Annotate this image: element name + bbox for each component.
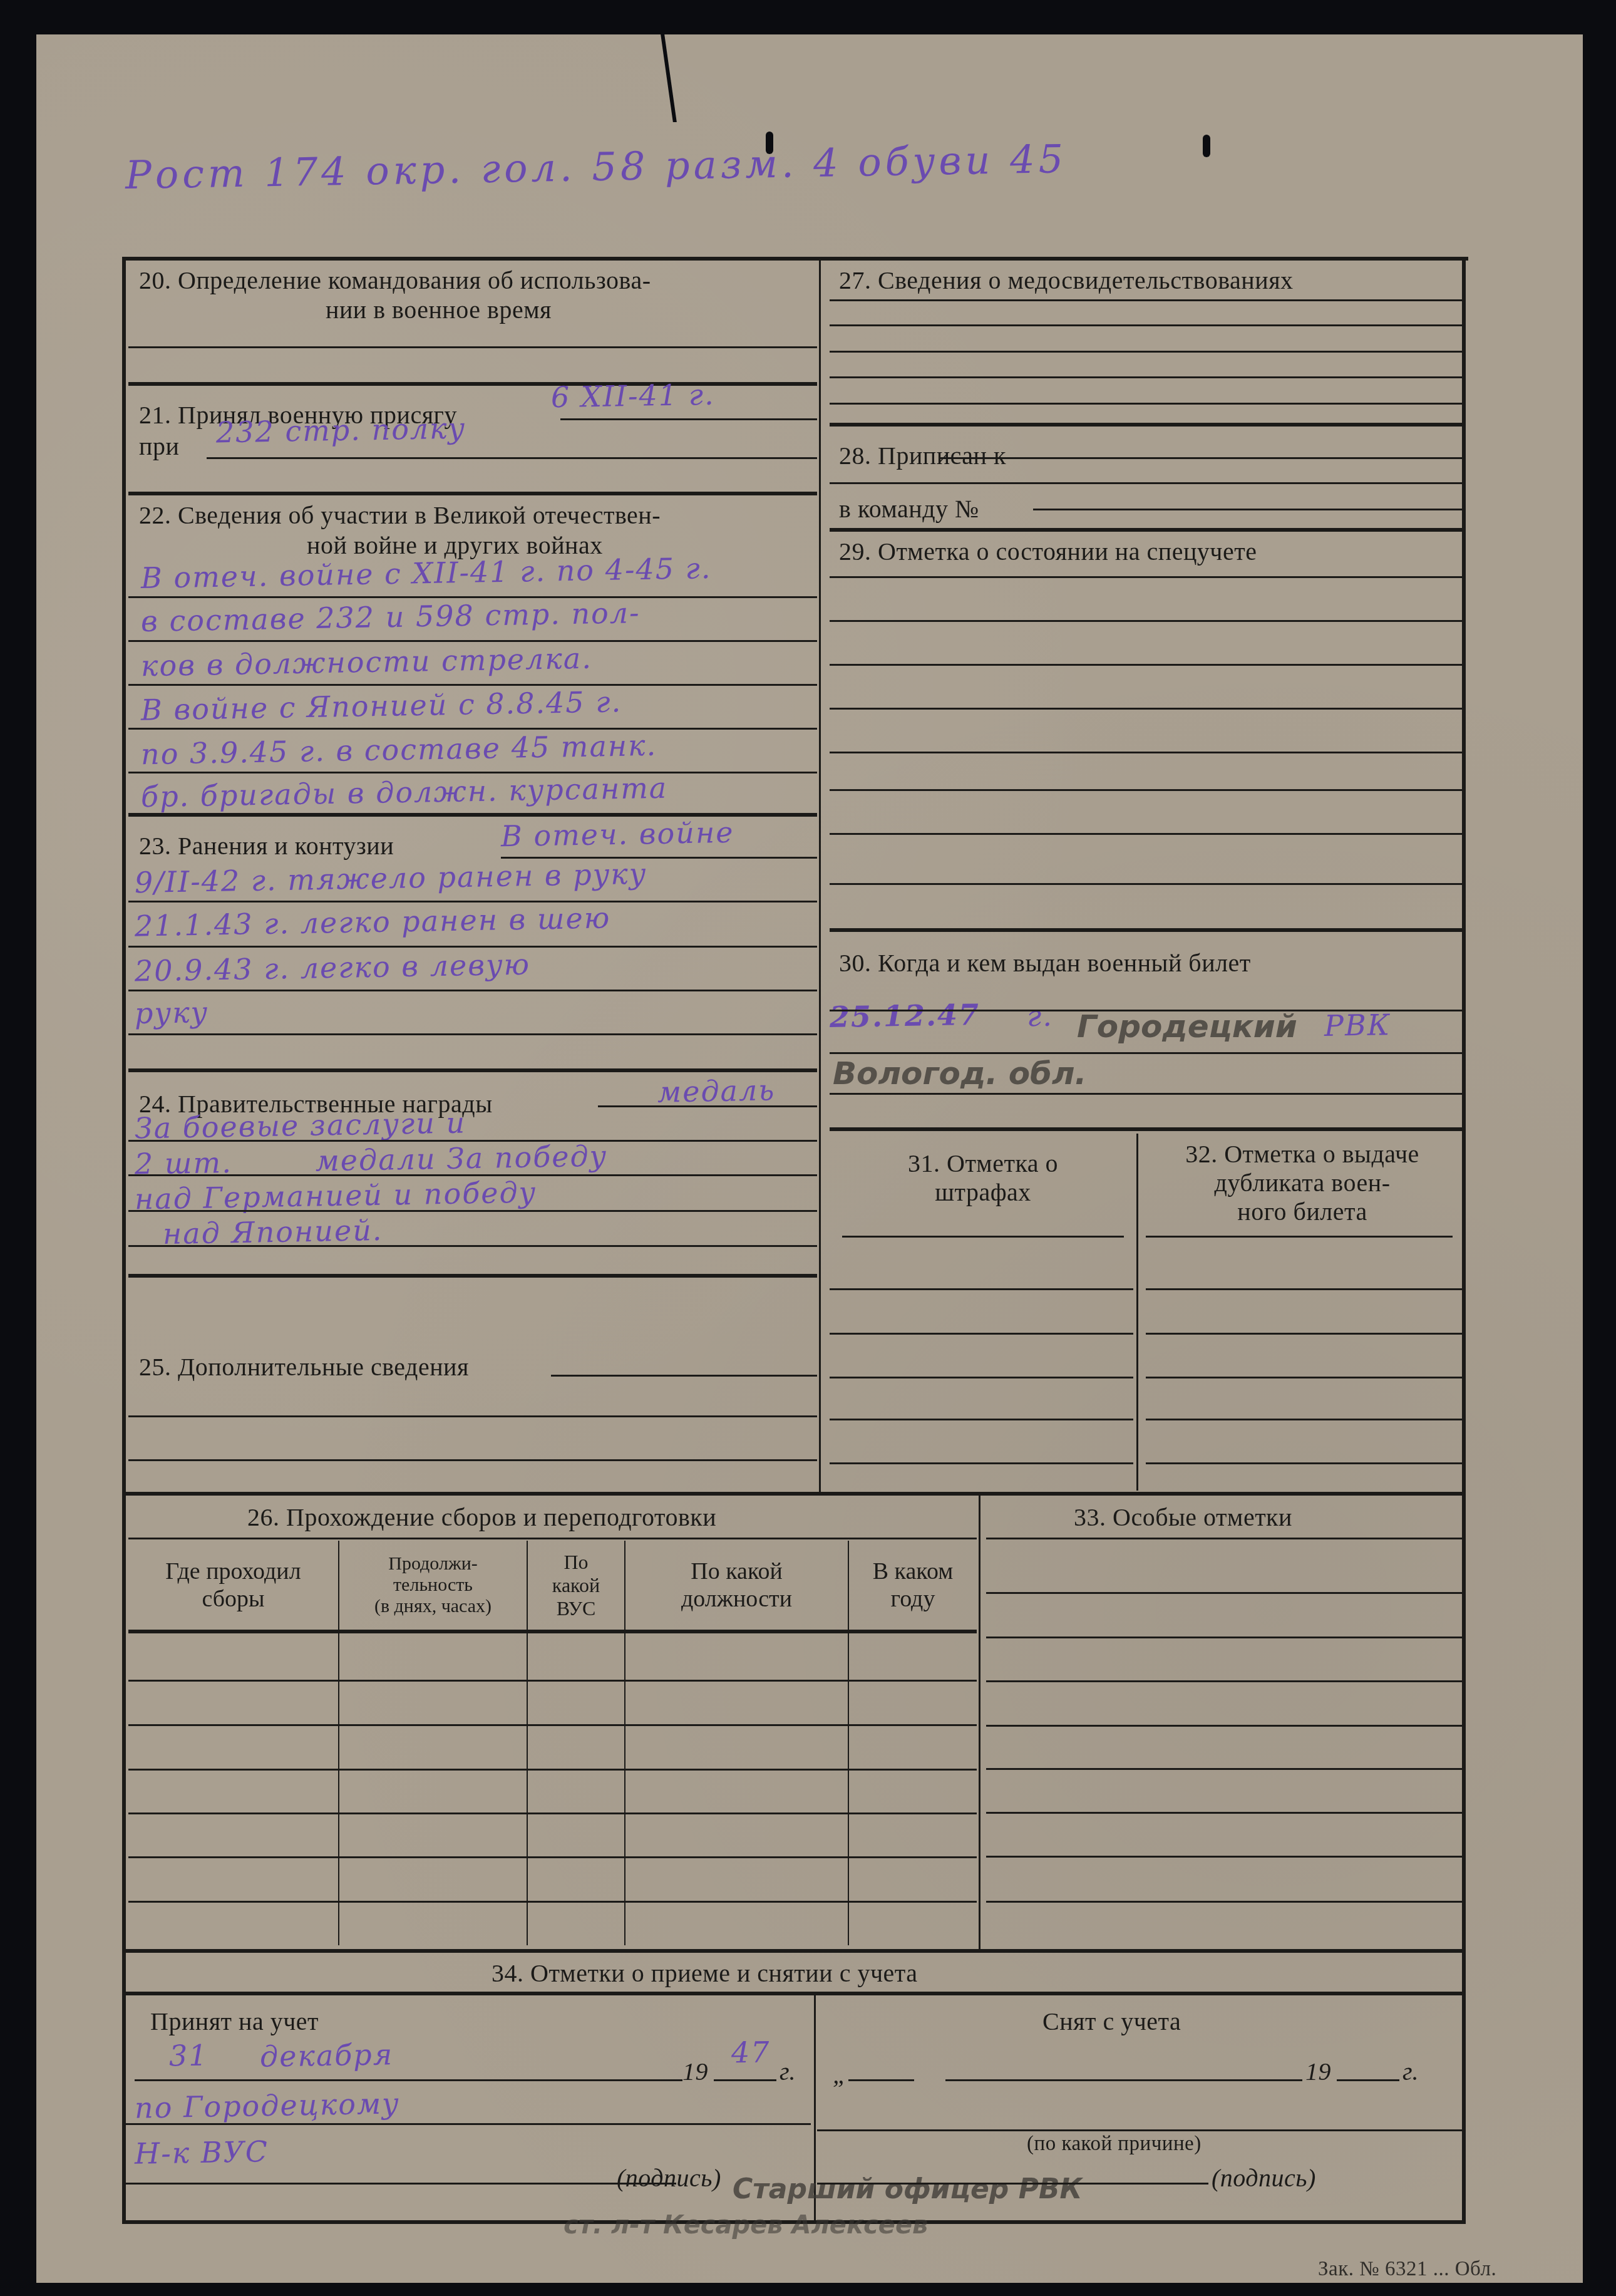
s34-accepted-year-line[interactable] [714,2079,776,2081]
table-cell[interactable] [848,1813,977,1857]
table-row [128,1813,977,1857]
s23-line-4: 20.9.43 г. легко в левую [135,947,531,988]
s21-date-line[interactable] [560,418,817,420]
table-cell[interactable] [625,1725,848,1769]
s25-line[interactable] [551,1375,817,1377]
s34-accepted-year-prefix: 19 [682,2057,708,2086]
table-cell[interactable] [527,1680,625,1725]
s32-rule [1146,1236,1453,1238]
s23-rule [128,901,817,902]
s26-table: Где проходил сборы Продолжи- тельность (… [128,1541,977,1945]
s26-col-vus: По какой ВУС [527,1541,625,1632]
s26-title-rule [128,1538,977,1539]
s27-title: 27. Сведения о медосвидетельствованиях [839,266,1294,295]
s30-stamp-issuer: Городецкий [1077,1008,1297,1045]
s32-rule [1146,1333,1462,1335]
table-cell[interactable] [527,1725,625,1769]
s23-line-5: руку [135,995,209,1030]
s26-title: 26. Прохождение сборов и переподготовки [247,1503,716,1532]
table-cell[interactable] [128,1769,339,1813]
s26-col-duration-l2: тельность [340,1575,526,1596]
s34-title: 34. Отметки о приеме и снятии с учета [491,1959,918,1988]
s26-col-duration-l1: Продолжи- [340,1553,526,1575]
table-cell[interactable] [339,1857,527,1901]
s24-rule [128,1210,817,1212]
s30-hw-g: г. [1027,999,1054,1033]
print-footer: Зак. № 6321 ... Обл. [1318,2258,1496,2282]
s24-divider [128,1274,817,1278]
s33-rule [986,1856,1462,1858]
s26-col-vus-l1: По [528,1551,624,1574]
table-row [128,1632,977,1680]
s32-title-l1: 32. Отметка о выдаче [1143,1140,1462,1169]
s34-title-rule [122,1992,1465,1995]
s34-accepted-line3: Н-к ВУС [135,2134,269,2171]
table-cell[interactable] [339,1769,527,1813]
s27-rule [830,351,1462,353]
s28-rule [830,482,1462,484]
s29-title: 29. Отметка о состоянии на спецучете [839,537,1257,566]
s26-col-where-l2: сборы [129,1585,337,1613]
table-cell[interactable] [527,1813,625,1857]
frame-top [122,257,1468,261]
s24-rule [598,1105,817,1107]
s32-title-l3: ного билета [1143,1197,1462,1226]
s29-divider [830,928,1462,932]
s26-col-year-l2: году [850,1585,976,1613]
s22-rule [128,772,817,773]
s23-divider [128,1068,817,1072]
s31-title: 31. Отметка о штрафах [833,1149,1133,1207]
s29-rule [830,833,1462,835]
s22-rule [128,728,817,730]
table-cell[interactable] [848,1632,977,1680]
table-cell[interactable] [625,1680,848,1725]
table-cell[interactable] [848,1901,977,1945]
s25-line[interactable] [128,1459,817,1461]
s21-unit-line[interactable] [207,457,817,459]
s22-rule [128,684,817,686]
s34-removed-year-prefix: 19 [1305,2057,1331,2086]
table-cell[interactable] [527,1632,625,1680]
s28-line[interactable] [939,457,1462,459]
s34-removed-year-line[interactable] [1337,2079,1399,2081]
table-cell[interactable] [625,1813,848,1857]
s20-line[interactable] [128,346,817,348]
s30-hw-rvk: РВК [1324,1008,1391,1043]
s33-rule [986,1680,1462,1682]
s26-col-where-l1: Где проходил [129,1558,337,1585]
s29-rule [830,752,1462,753]
table-cell[interactable] [128,1857,339,1901]
s27-rule [830,376,1462,378]
table-cell[interactable] [848,1769,977,1813]
s34-removed-reason-line[interactable] [817,2129,1462,2131]
s34-accepted-label: Принят на учет [150,2007,319,2036]
s30-date: 25.12.47 [830,998,980,1034]
table-cell[interactable] [339,1725,527,1769]
s26-col-where: Где проходил сборы [128,1541,339,1632]
s34-removed-day-line[interactable] [848,2079,914,2081]
s20-title-l1: 20. Определение командования об использо… [139,266,651,295]
s29-rule [830,789,1462,791]
mid-divider [122,1492,1465,1496]
s26-col-vus-l3: ВУС [528,1597,624,1620]
s33-rule [986,1637,1462,1638]
s30-title: 30. Когда и кем выдан военный билет [839,949,1251,978]
s21-unit: 232 стр. полку [216,411,466,450]
s34-accepted-month: декабря [260,2037,394,2074]
s24-line-1: медаль [657,1073,776,1109]
frame-right [1462,257,1466,2223]
s31-title-l1: 31. Отметка о [833,1149,1133,1178]
s30-rule [830,1093,1462,1095]
table-cell[interactable] [339,1680,527,1725]
s28-team-line[interactable] [1033,509,1462,510]
table-cell[interactable] [128,1632,339,1680]
s23-rule [128,990,817,991]
s26-col-position: По какой должности [625,1541,848,1632]
table-cell[interactable] [339,1901,527,1945]
s25-line[interactable] [128,1415,817,1417]
table-cell[interactable] [527,1769,625,1813]
s27-rule [830,299,1462,301]
s34-removed-reason-label: (по какой причине) [1027,2133,1202,2156]
s34-accepted-sign-label: (подпись) [617,2164,721,2193]
s29-rule [830,576,1462,578]
s27-rule [830,324,1462,326]
table-cell[interactable] [848,1680,977,1725]
table-row [128,1725,977,1769]
s29-rule [830,708,1462,710]
s31-rule [830,1419,1133,1420]
s33-rule [986,1768,1462,1770]
s34-removed-label: Снят с учета [1042,2007,1181,2036]
s31-rule [830,1288,1133,1290]
s32-rule [1146,1462,1462,1464]
s23-rule [128,946,817,948]
s34-accepted-date-line[interactable] [135,2079,682,2081]
table-cell[interactable] [128,1725,339,1769]
s29-rule [830,664,1462,666]
table-cell[interactable] [625,1901,848,1945]
s34-accepted-day: 31 [169,2038,208,2072]
table-cell[interactable] [848,1857,977,1901]
bottom-section-divider [122,1949,1465,1953]
s31-rule [830,1462,1133,1464]
table-row [128,1769,977,1813]
column-divider [819,257,821,1494]
s23-label: 23. Ранения и контузии [139,832,394,861]
s29-rule [830,620,1462,622]
s22-rule [128,596,817,598]
s32-rule [1146,1419,1462,1420]
s33-rule [986,1538,1462,1539]
s31-rule [842,1236,1124,1238]
s32-title-l2: дубликата воен- [1143,1169,1462,1197]
s34-removed-month-line[interactable] [945,2079,1302,2081]
s27-rule [830,403,1462,405]
s33-rule [986,1812,1462,1814]
s26-s33-divider [979,1494,980,1951]
punch-hole [1203,135,1210,157]
table-cell[interactable] [527,1857,625,1901]
table-row [128,1680,977,1725]
table-cell[interactable] [625,1632,848,1680]
s26-col-duration: Продолжи- тельность (в днях, часах) [339,1541,527,1632]
s31-s32-divider [1136,1134,1138,1491]
s30-divider [830,1127,1462,1131]
s29-rule [830,883,1462,885]
s31-title-l2: штрафах [833,1178,1133,1207]
s34-officer-stamp: Старший офицер РВК [733,2173,1082,2205]
s34-removed-quote: „ [833,2061,847,2089]
table-cell[interactable] [128,1680,339,1725]
s27-divider [830,423,1462,427]
table-cell[interactable] [527,1901,625,1945]
s26-col-year: В каком году [848,1541,977,1632]
s32-rule [1146,1288,1462,1290]
s32-title: 32. Отметка о выдаче дубликата воен- ног… [1143,1140,1462,1226]
s28-divider [830,528,1462,532]
s32-rule [1146,1377,1462,1378]
s30-rule [830,1052,1462,1054]
table-cell[interactable] [848,1725,977,1769]
table-row [128,1901,977,1945]
s34-removed-sign-line[interactable] [817,2183,1208,2185]
s34-accepted-year-suffix: г. [780,2057,796,2086]
s26-col-position-l2: должности [626,1585,847,1613]
s26-col-duration-l3: (в днях, часах) [340,1596,526,1617]
table-cell[interactable] [625,1857,848,1901]
s28-team-label: в команду № [839,495,979,524]
table-cell[interactable] [128,1901,339,1945]
table-cell[interactable] [625,1769,848,1813]
s20-title-l2: нии в военное время [326,296,552,324]
s25-label: 25. Дополнительные сведения [139,1353,469,1382]
s28-label: 28. Приписан к [839,442,1006,470]
frame-left [122,257,126,2223]
s23-rule [128,1033,817,1035]
s26-col-year-l1: В каком [850,1558,976,1585]
s33-rule [986,1592,1462,1594]
s33-rule [986,1901,1462,1903]
s26-col-position-l1: По какой [626,1558,847,1585]
s34-officer-stamp-name: ст. л-т Кесарев Алексеев [564,2211,928,2240]
s23-line-1: В отеч. войне [501,815,734,853]
s31-rule [830,1377,1133,1378]
s34-accepted-line2: по Городецкому [135,2086,401,2124]
s24-rule [128,1245,817,1247]
s26-col-vus-l2: какой [528,1574,624,1597]
s33-title: 33. Особые отметки [1074,1503,1292,1532]
s34-accepted-rule [125,2123,811,2125]
s34-accepted-sign-line[interactable] [125,2183,676,2185]
s21-date: 6 XII-41 г. [551,378,715,415]
s22-rule [128,640,817,642]
s34-removed-year-suffix: г. [1402,2057,1419,2086]
s22-title-l1: 22. Сведения об участии в Великой отечес… [139,501,661,530]
table-cell[interactable] [128,1813,339,1857]
table-cell[interactable] [339,1813,527,1857]
s21-pri-label: при [139,432,179,461]
s34-removed-sign-label: (подпись) [1212,2164,1316,2193]
s33-rule [986,1725,1462,1727]
s21-divider [128,492,817,495]
table-row [128,1857,977,1901]
s34-accepted-year: 47 [731,2035,771,2069]
s31-rule [830,1333,1133,1335]
table-cell[interactable] [339,1632,527,1680]
s30-stamp-region: Вологод. обл. [833,1055,1087,1092]
